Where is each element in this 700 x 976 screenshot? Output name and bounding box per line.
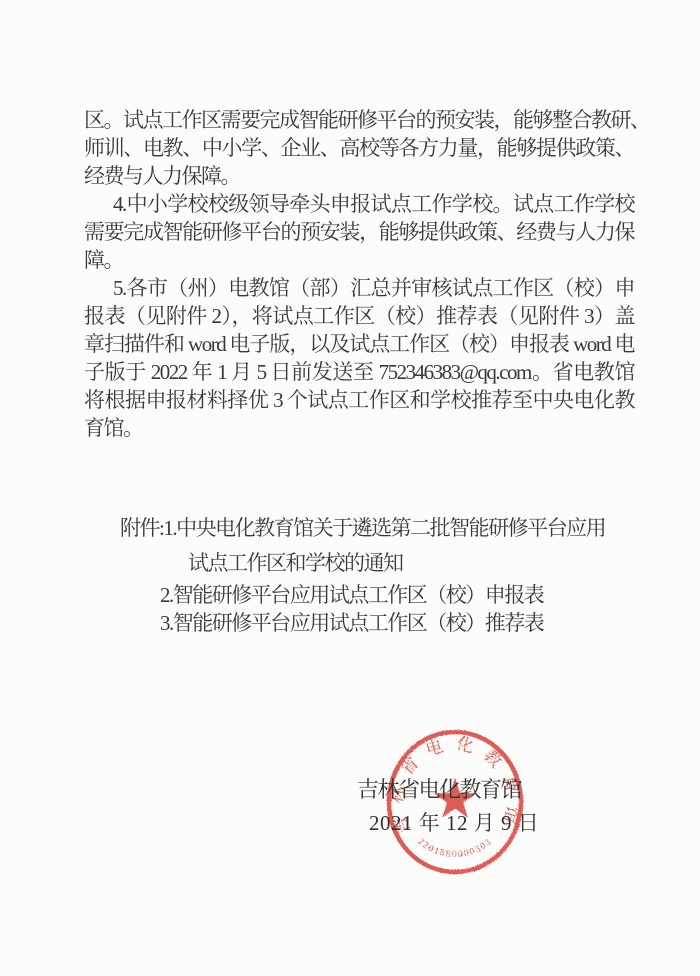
body-line: 需要完成智能研修平台的预安装，能够提供政策、经费与人力保 (84, 218, 634, 246)
body-line: 育馆。 (84, 414, 634, 442)
body-line: 将根据申报材料择优 3 个试点工作区和学校推荐至中央电化教 (84, 386, 634, 414)
body-line: 经费与人力保障。 (84, 162, 634, 190)
body-line: 5.各市（州）电教馆（部）汇总并审核试点工作区（校）申 (84, 274, 634, 302)
body-line: 章扫描件和 word 电子版，以及试点工作区（校）申报表 word 电 (84, 330, 634, 358)
body-paragraphs: 区。试点工作区需要完成智能研修平台的预安装，能够整合教研、师训、电教、中小学、企… (84, 106, 634, 442)
issue-date: 2021 年 12 月 9 日 (369, 807, 539, 837)
body-line: 报表（见附件 2），将试点工作区（校）推荐表（见附件 3）盖 (84, 302, 634, 330)
body-line: 师训、电教、中小学、企业、高校等各方力量，能够提供政策、 (84, 134, 634, 162)
body-line: 区。试点工作区需要完成智能研修平台的预安装，能够整合教研、 (84, 106, 634, 134)
body-line: 子版于 2022 年 1 月 5 日前发送至 752346383@qq.com。… (84, 358, 634, 386)
attachment-list: 附件:1.中央电化教育馆关于遴选第二批智能研修平台应用试点工作区和学校的通知2.… (84, 514, 640, 637)
seal-serial-number: 2201880000303 (415, 837, 494, 860)
attachment-line: 附件:1.中央电化教育馆关于遴选第二批智能研修平台应用 (84, 514, 640, 542)
body-line: 障。 (84, 246, 634, 274)
attachment-line: 3.智能研修平台应用试点工作区（校）推荐表 (84, 609, 640, 637)
issuer-name: 吉林省电化教育馆 (357, 773, 521, 804)
attachment-line: 试点工作区和学校的通知 (84, 549, 640, 577)
attachment-line: 2.智能研修平台应用试点工作区（校）申报表 (84, 581, 640, 609)
body-line: 4.中小学校校级领导牵头申报试点工作学校。试点工作学校 (84, 190, 634, 218)
document-page: 区。试点工作区需要完成智能研修平台的预安装，能够整合教研、师训、电教、中小学、企… (0, 0, 700, 976)
